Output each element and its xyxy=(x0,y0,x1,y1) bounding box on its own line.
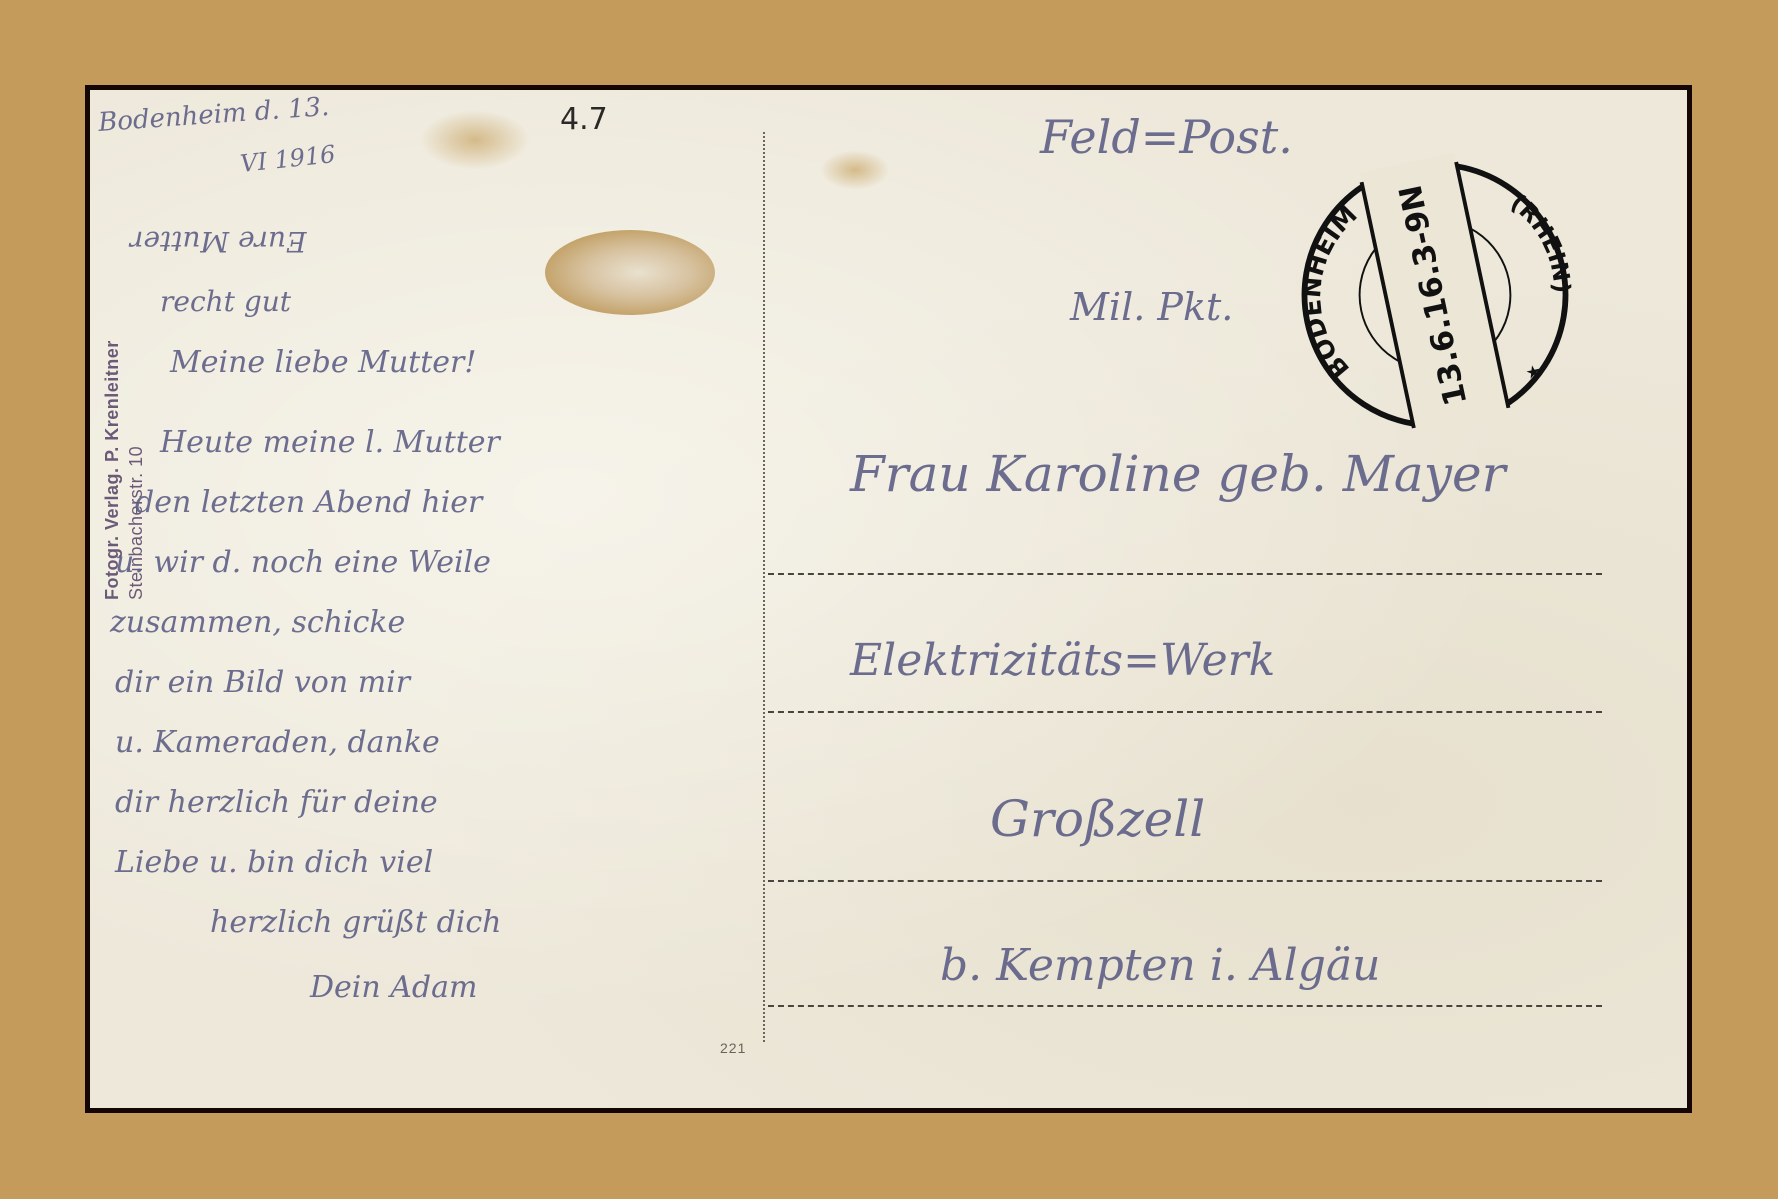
pen-annotation: 4.7 xyxy=(560,102,608,137)
stain-small-right xyxy=(820,150,890,190)
message-line: dir herzlich für deine xyxy=(115,785,438,820)
message-line: Liebe u. bin dich viel xyxy=(115,845,433,880)
postcard-back: Fotogr. Verlag. P. Krenleitner Steinbach… xyxy=(85,85,1692,1113)
recipient-line-4: b. Kempten i. Algäu xyxy=(940,940,1380,991)
recipient-line-3: Großzell xyxy=(990,790,1205,848)
message-line: zusammen, schicke xyxy=(110,605,405,640)
side-note-line-1: Eure Mutter xyxy=(130,225,307,258)
postmark-stamp: BODENHEIM (RHEIN) 13.6.16.3-9N ★ xyxy=(1263,123,1607,467)
header-feldpost: Feld=Post. xyxy=(1040,110,1293,164)
postmark-circle-icon: BODENHEIM (RHEIN) 13.6.16.3-9N ★ xyxy=(1263,123,1607,467)
stain-large xyxy=(545,230,715,315)
side-note-line-2: recht gut xyxy=(160,285,291,318)
svg-text:(RHEIN): (RHEIN) xyxy=(1502,182,1578,303)
subheader: Mil. Pkt. xyxy=(1070,285,1233,329)
message-line: Meine liebe Mutter! xyxy=(170,345,476,380)
address-line-4 xyxy=(768,1005,1602,1007)
stain-small-top xyxy=(420,110,530,170)
signature: Dein Adam xyxy=(310,970,477,1005)
address-line-3 xyxy=(768,880,1602,882)
recipient-name: Frau Karoline geb. Mayer xyxy=(850,445,1505,503)
message-line: dir ein Bild von mir xyxy=(115,665,410,700)
postmark-star-icon: ★ xyxy=(1524,360,1543,383)
message-line: den letzten Abend hier xyxy=(135,485,482,520)
center-divider-line xyxy=(763,132,765,1042)
postmark-region: (RHEIN) xyxy=(1502,182,1578,303)
message-line: u. Kameraden, danke xyxy=(115,725,440,760)
address-line-2 xyxy=(768,711,1602,713)
message-line: herzlich grüßt dich xyxy=(210,905,502,940)
message-line: Heute meine l. Mutter xyxy=(160,425,500,460)
recipient-line-2: Elektrizitäts=Werk xyxy=(850,635,1275,686)
address-line-1 xyxy=(768,573,1602,575)
message-line: u. wir d. noch eine Weile xyxy=(115,545,491,580)
place-date-line-1: Bodenheim d. 13. xyxy=(97,92,330,138)
place-date-line-2: VI 1916 xyxy=(239,140,337,178)
card-number: 221 xyxy=(720,1040,746,1056)
